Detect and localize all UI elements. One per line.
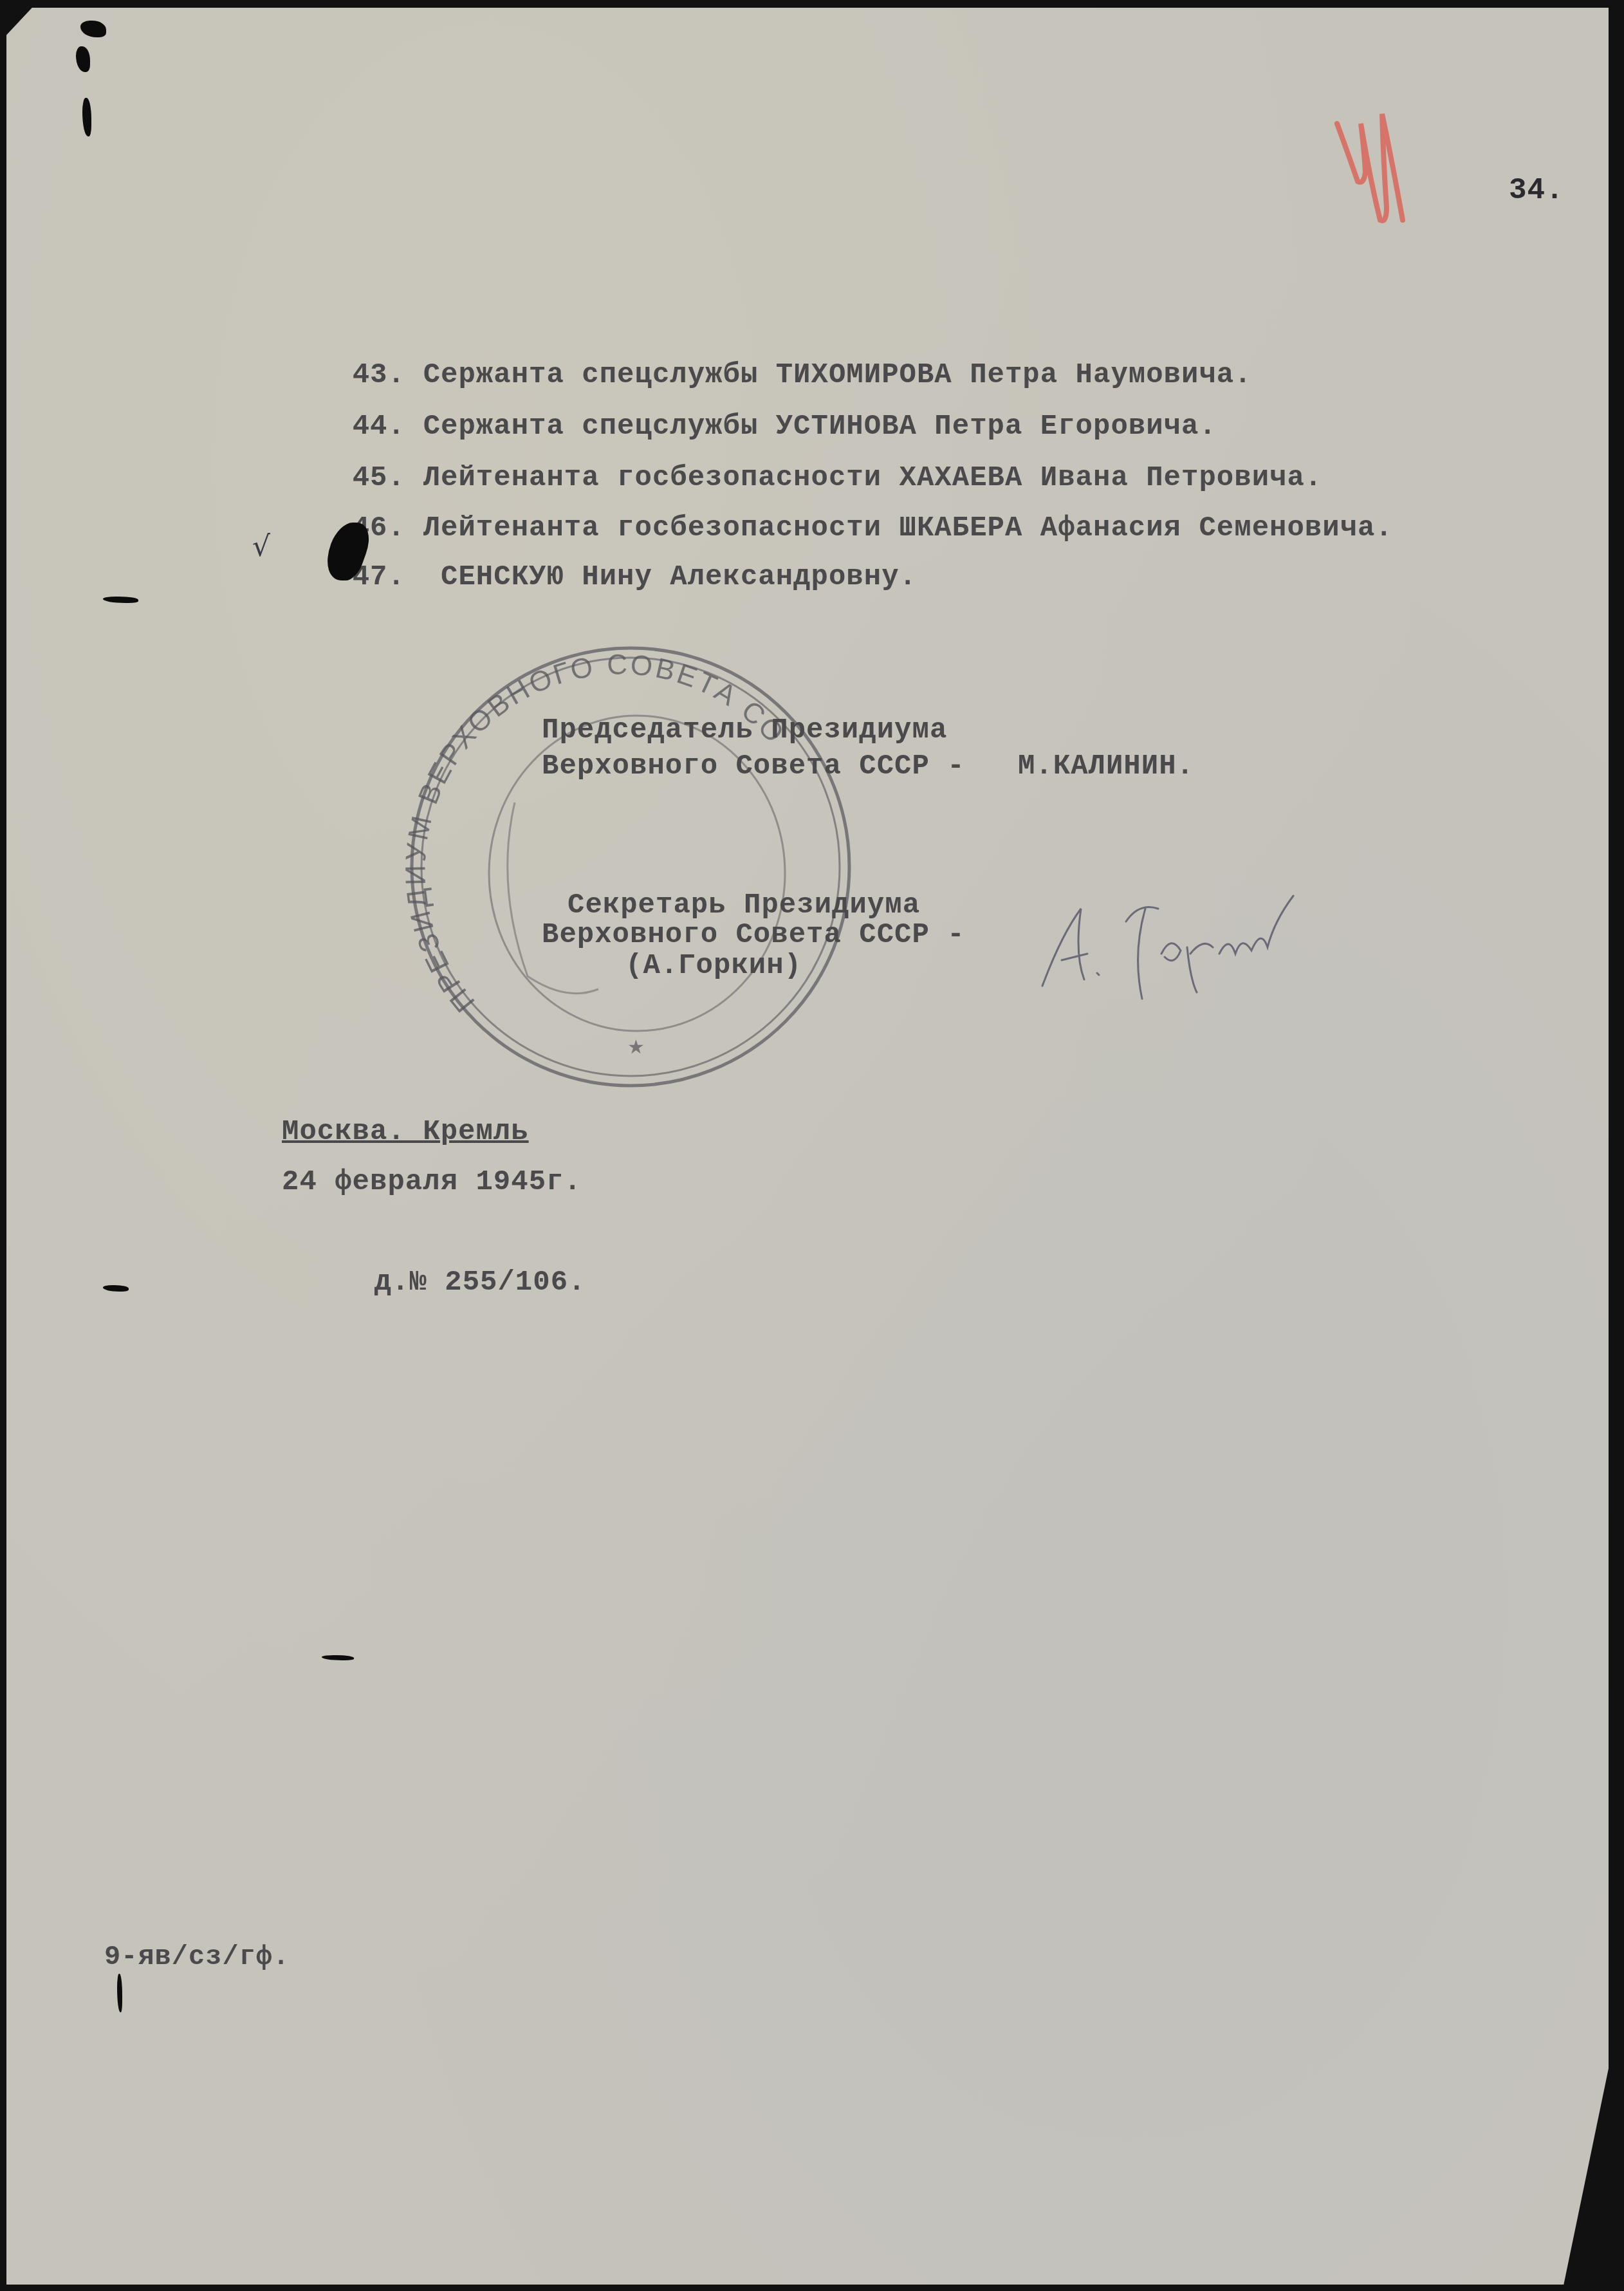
- paper-tear: [103, 597, 138, 603]
- secretary-name: (А.Горкин): [625, 950, 802, 982]
- decree-prefix: д.: [374, 1266, 410, 1299]
- secretary-title-line2: Верховного Совета СССР -: [542, 919, 965, 951]
- paper-tear: [103, 1285, 129, 1292]
- place: Москва. Кремль: [282, 1116, 529, 1148]
- official-stamp: ПРЕЗИДИУМ ВЕРХОВНОГО СОВЕТА СОЮЗА СОВЕТС…: [405, 642, 862, 1092]
- paper-hole: [76, 46, 90, 72]
- list-item-number: 47.: [353, 561, 423, 593]
- document-page: 34. 43.Сержанта спецслужбы ТИХОМИРОВА Пе…: [6, 8, 1609, 2285]
- list-item-text: СЕНСКУЮ Нину Александровну.: [423, 561, 917, 593]
- list-item: 47. СЕНСКУЮ Нину Александровну.: [282, 529, 917, 626]
- paper-tear: [322, 1655, 354, 1660]
- chairman-title-line2: Верховного Совета СССР - М.КАЛИНИН.: [542, 750, 1194, 783]
- check-mark-icon: √: [252, 530, 270, 563]
- date: 24 февраля 1945г.: [282, 1166, 582, 1198]
- paper-tear: [117, 1974, 122, 2012]
- paper-hole: [80, 21, 106, 37]
- decree-number: д.№ 255/106.: [304, 1234, 586, 1331]
- red-pencil-archive-mark: [1332, 111, 1422, 239]
- reference-code: 9-яв/сз/гф.: [104, 1942, 290, 1972]
- chairman-title-line1: Председатель Президиума: [542, 714, 947, 747]
- page-number: 34.: [1509, 174, 1564, 207]
- handwritten-signature: [1036, 883, 1306, 1012]
- stamp-star-icon: ★: [627, 1036, 645, 1059]
- secretary-title-line1: Секретарь Президиума: [567, 889, 920, 922]
- paper-hole: [82, 98, 91, 136]
- decree-number-value: № 255/106.: [409, 1266, 586, 1299]
